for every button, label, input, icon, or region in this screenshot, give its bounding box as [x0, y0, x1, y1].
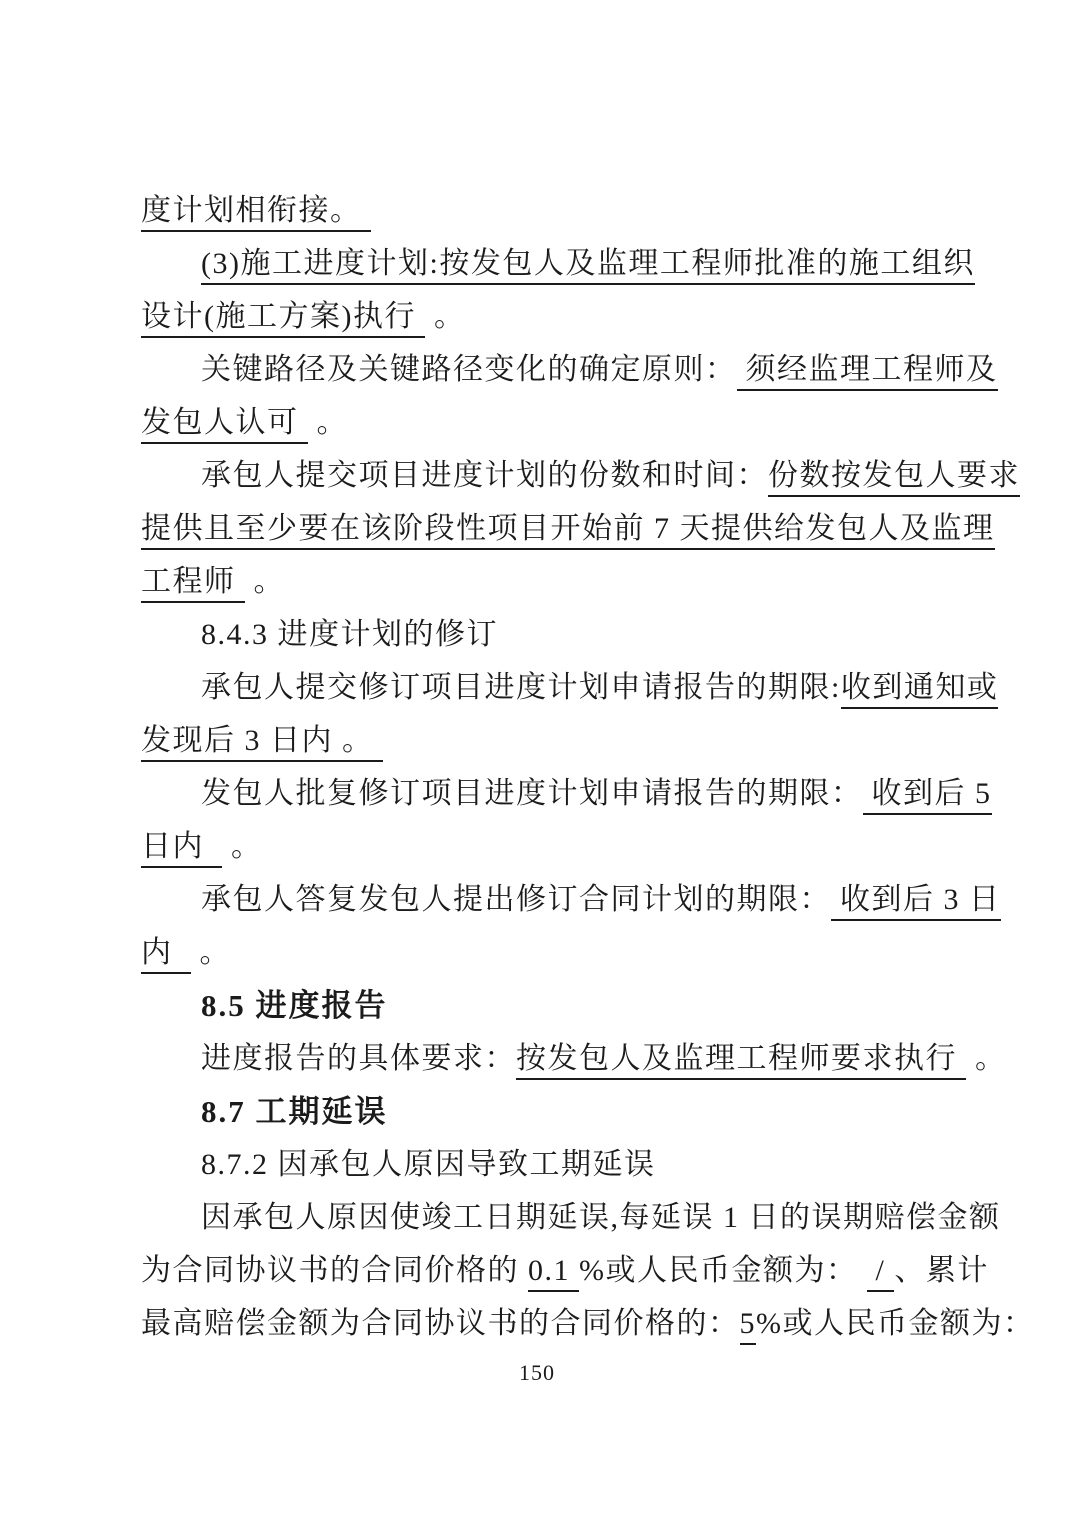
text-line: 承包人答复发包人提出修订合同计划的期限： 收到后 3 日 — [141, 873, 951, 926]
body-text: 、累计 — [894, 1254, 989, 1287]
underlined-blank-text: 发包人认可 — [141, 406, 308, 444]
text-line: 内 。 — [141, 926, 951, 979]
underlined-blank-text: 工程师 — [141, 565, 245, 603]
text-line: 工程师 。 — [141, 555, 951, 608]
heading-line: 8.7 工期延误 — [141, 1085, 951, 1138]
underlined-blank-text: 0.1 — [528, 1254, 579, 1292]
text-line: 承包人提交修订项目进度计划申请报告的期限:收到通知或 — [141, 661, 951, 714]
body-text: 因承包人原因使竣工日期延误,每延误 1 日的误期赔偿金额 — [201, 1201, 1001, 1234]
body-text: 8.7.2 因承包人原因导致工期延误 — [201, 1148, 656, 1181]
text-line: 发包人批复修订项目进度计划申请报告的期限： 收到后 5 — [141, 767, 951, 820]
text-line: 日内 。 — [141, 820, 951, 873]
body-text: 8.5 进度报告 — [201, 988, 388, 1023]
underlined-blank-text: 收到后 3 日 — [831, 883, 1001, 921]
page-number: 150 — [0, 1360, 1074, 1386]
underlined-blank-text: 设计(施工方案)执行 — [141, 300, 425, 338]
underlined-blank-text: 按发包人及监理工程师要求执行 — [516, 1042, 966, 1080]
body-text: 进度报告的具体要求： — [201, 1042, 516, 1075]
body-text: 8.4.3 进度计划的修订 — [201, 618, 498, 651]
text-line: 设计(施工方案)执行 。 — [141, 290, 951, 343]
text-line: 承包人提交项目进度计划的份数和时间：份数按发包人要求 — [141, 449, 951, 502]
underlined-blank-text: 收到后 5 — [863, 777, 992, 815]
underlined-blank-text: 须经监理工程师及 — [737, 353, 998, 391]
text-line: (3)施工进度计划:按发包人及监理工程师批准的施工组织 — [141, 237, 951, 290]
body-text: 为合同协议书的合同价格的 — [141, 1254, 528, 1287]
text-line: 8.4.3 进度计划的修订 — [141, 608, 951, 661]
body-text: 承包人提交项目进度计划的份数和时间： — [201, 459, 768, 492]
body-text: 。 — [222, 830, 263, 863]
body-text: 最高赔偿金额为合同协议书的合同价格的： — [141, 1307, 740, 1340]
body-text: 。 — [966, 1042, 1007, 1075]
text-line: 进度报告的具体要求：按发包人及监理工程师要求执行 。 — [141, 1032, 951, 1085]
body-text: 8.7 工期延误 — [201, 1094, 388, 1129]
text-line: 8.7.2 因承包人原因导致工期延误 — [141, 1138, 951, 1191]
body-text: 关键路径及关键路径变化的确定原则： — [201, 353, 737, 386]
underlined-blank-text: (3)施工进度计划:按发包人及监理工程师批准的施工组织 — [201, 247, 975, 285]
underlined-blank-text: 内 — [141, 936, 191, 974]
body-text: %或人民币金额为： — [579, 1254, 867, 1287]
body-text: 承包人答复发包人提出修订合同计划的期限： — [201, 883, 831, 916]
body-text: 发包人批复修订项目进度计划申请报告的期限： — [201, 777, 863, 810]
underlined-blank-text: 发现后 3 日内 。 — [141, 724, 383, 762]
text-line: 因承包人原因使竣工日期延误,每延误 1 日的误期赔偿金额 — [141, 1191, 951, 1244]
document-page: 度计划相衔接。 (3)施工进度计划:按发包人及监理工程师批准的施工组织设计(施工… — [0, 0, 1074, 1520]
underlined-blank-text: 日内 — [141, 830, 222, 868]
text-line: 最高赔偿金额为合同协议书的合同价格的：5%或人民币金额为： — [141, 1297, 951, 1350]
body-text: 。 — [191, 936, 232, 969]
heading-line: 8.5 进度报告 — [141, 979, 951, 1032]
underlined-blank-text: 5 — [740, 1307, 757, 1345]
body-text: 。 — [308, 406, 349, 439]
body-text: %或人民币金额为： — [756, 1307, 1035, 1340]
text-line: 为合同协议书的合同价格的 0.1 %或人民币金额为： / 、累计 — [141, 1244, 951, 1297]
body-text: 承包人提交修订项目进度计划申请报告的期限: — [201, 671, 841, 704]
underlined-blank-text: / — [867, 1254, 895, 1292]
underlined-blank-text: 收到通知或 — [841, 671, 999, 709]
text-line: 发包人认可 。 — [141, 396, 951, 449]
body-text: 。 — [425, 300, 466, 333]
text-line: 度计划相衔接。 — [141, 184, 951, 237]
underlined-blank-text: 提供且至少要在该阶段性项目开始前 7 天提供给发包人及监理 — [141, 512, 995, 550]
underlined-blank-text: 度计划相衔接。 — [141, 194, 371, 232]
text-line: 提供且至少要在该阶段性项目开始前 7 天提供给发包人及监理 — [141, 502, 951, 555]
body-text: 。 — [245, 565, 286, 598]
text-line: 关键路径及关键路径变化的确定原则： 须经监理工程师及 — [141, 343, 951, 396]
document-body: 度计划相衔接。 (3)施工进度计划:按发包人及监理工程师批准的施工组织设计(施工… — [141, 184, 951, 1350]
underlined-blank-text: 份数按发包人要求 — [768, 459, 1020, 497]
text-line: 发现后 3 日内 。 — [141, 714, 951, 767]
